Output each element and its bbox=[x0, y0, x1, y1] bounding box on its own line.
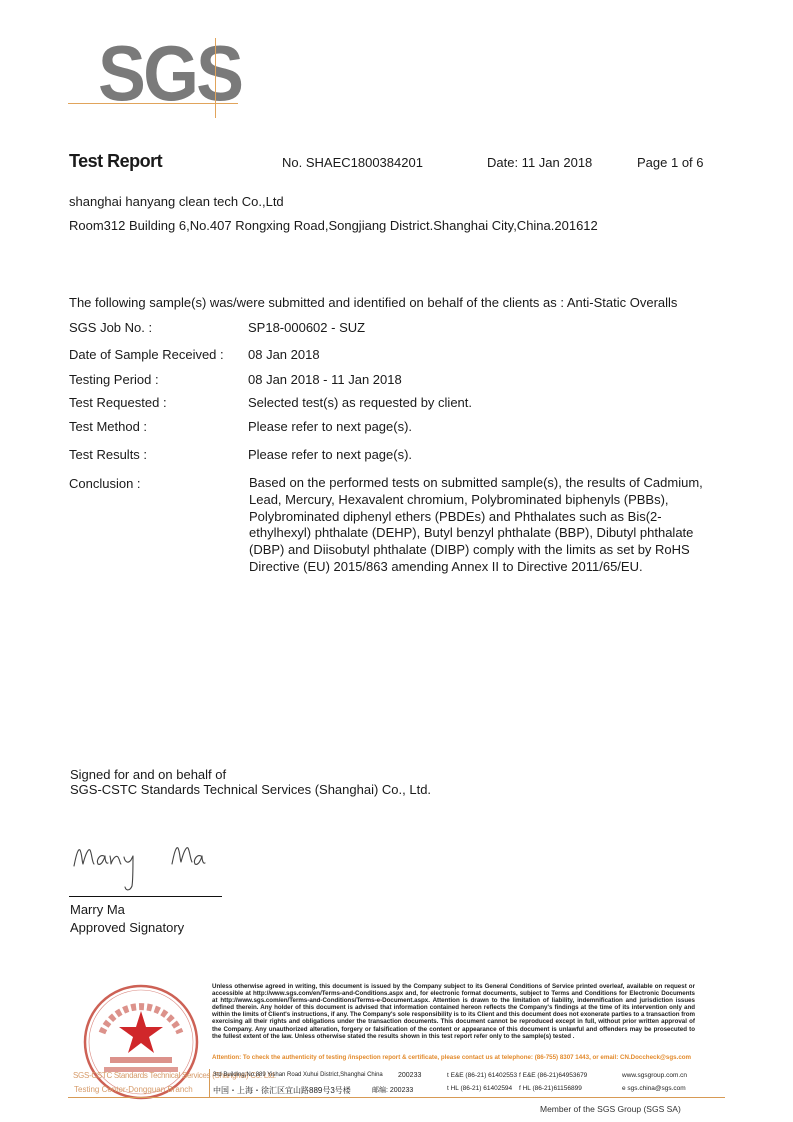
field-label-job-no: SGS Job No. : bbox=[69, 320, 152, 335]
report-title: Test Report bbox=[69, 151, 162, 172]
conclusion-text: Based on the performed tests on submitte… bbox=[249, 475, 719, 576]
logo-vertical-rule bbox=[215, 38, 216, 118]
field-label-test-results: Test Results : bbox=[69, 447, 147, 462]
field-label-testing-period: Testing Period : bbox=[69, 372, 159, 387]
signature-line bbox=[69, 896, 222, 897]
field-value-testing-period: 08 Jan 2018 - 11 Jan 2018 bbox=[248, 372, 402, 387]
stamp-caption-center: Testing Center-Dongguan Branch bbox=[74, 1085, 193, 1094]
client-address: Room312 Building 6,No.407 Rongxing Road,… bbox=[69, 218, 598, 233]
footer-divider bbox=[68, 1097, 725, 1098]
conclusion-label: Conclusion : bbox=[69, 476, 141, 491]
telephone-hl: t HL (86-21) 61402594 bbox=[447, 1085, 512, 1092]
client-name: shanghai hanyang clean tech Co.,Ltd bbox=[69, 194, 284, 209]
report-date: Date: 11 Jan 2018 bbox=[487, 155, 592, 170]
sgs-logo: SGS bbox=[98, 38, 241, 108]
field-label-date-received: Date of Sample Received : bbox=[69, 347, 224, 362]
field-value-test-requested: Selected test(s) as requested by client. bbox=[248, 395, 472, 410]
field-label-test-requested: Test Requested : bbox=[69, 395, 167, 410]
website-link[interactable]: www.sgsgroup.com.cn bbox=[622, 1072, 687, 1079]
page-indicator: Page 1 of 6 bbox=[637, 155, 704, 170]
address-cn: 中国・上海・徐汇区宜山路889号3号楼 bbox=[213, 1085, 351, 1096]
signing-company: SGS-CSTC Standards Technical Services (S… bbox=[70, 782, 431, 797]
terms-fine-print: Unless otherwise agreed in writing, this… bbox=[212, 983, 695, 1040]
postcode-en: 200233 bbox=[398, 1072, 421, 1079]
signatory-title: Approved Signatory bbox=[70, 920, 184, 935]
sample-intro: The following sample(s) was/were submitt… bbox=[69, 295, 677, 310]
field-value-job-no: SP18-000602 - SUZ bbox=[248, 320, 365, 335]
authenticity-notice: Attention: To check the authenticity of … bbox=[212, 1054, 695, 1061]
fax-ee: f E&E (86-21)64953679 bbox=[519, 1072, 587, 1079]
email-link[interactable]: e sgs.china@sgs.com bbox=[622, 1085, 686, 1092]
company-seal-icon bbox=[82, 983, 200, 1101]
field-label-test-method: Test Method : bbox=[69, 419, 147, 434]
field-value-date-received: 08 Jan 2018 bbox=[248, 347, 320, 362]
signatory-name: Marry Ma bbox=[70, 902, 125, 917]
sgs-group-membership: Member of the SGS Group (SGS SA) bbox=[540, 1104, 681, 1114]
field-value-test-method: Please refer to next page(s). bbox=[248, 419, 412, 434]
telephone-ee: t E&E (86-21) 61402553 bbox=[447, 1072, 517, 1079]
logo-horizontal-rule bbox=[68, 103, 238, 104]
address-en: 3rd Building,No.889 Yishan Road Xuhui Di… bbox=[213, 1072, 383, 1078]
postcode-cn: 邮编: 200233 bbox=[372, 1085, 413, 1095]
report-number: No. SHAEC1800384201 bbox=[282, 155, 423, 170]
field-value-test-results: Please refer to next page(s). bbox=[248, 447, 412, 462]
fax-hl: f HL (86-21)61156899 bbox=[519, 1085, 582, 1092]
signed-on-behalf: Signed for and on behalf of bbox=[70, 767, 226, 782]
footer-divider-vertical bbox=[209, 1069, 210, 1097]
handwritten-signature bbox=[70, 836, 210, 898]
